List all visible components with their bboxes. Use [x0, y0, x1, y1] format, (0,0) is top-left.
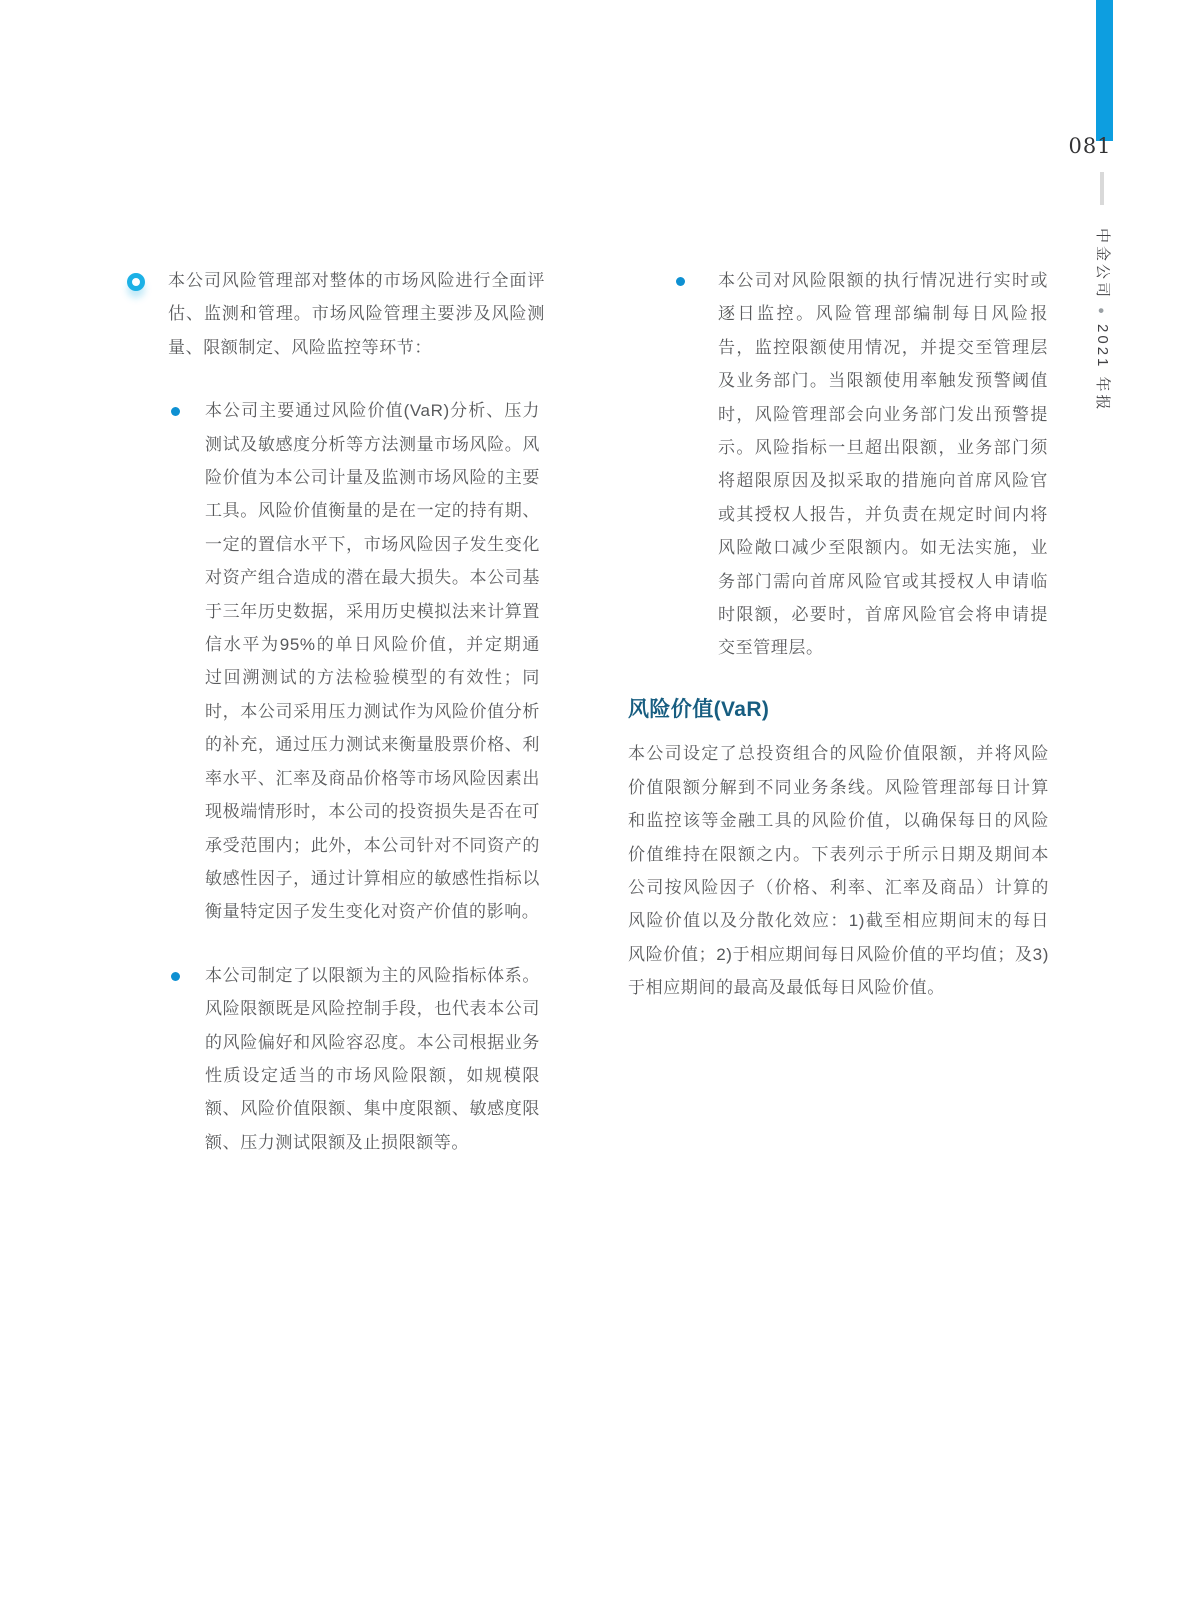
intro-paragraph: 本公司风险管理部对整体的市场风险进行全面评估、监测和管理。市场风险管理主要涉及风… — [168, 264, 545, 364]
sub-list: 本公司主要通过风险价值(VaR)分析、压力测试及敏感度分析等方法测量市场风险。风… — [127, 394, 547, 1159]
accent-bar — [1096, 0, 1113, 141]
dot-bullet-icon — [171, 972, 180, 981]
bullet-paragraph: 本公司主要通过风险价值(VaR)分析、压力测试及敏感度分析等方法测量市场风险。风… — [205, 394, 540, 929]
bullet-paragraph: 本公司制定了以限额为主的风险指标体系。风险限额既是风险控制手段，也代表本公司的风… — [205, 959, 540, 1159]
sidebar-edition: 2021 年报 — [1094, 324, 1111, 413]
page-number: 081 — [1058, 134, 1122, 158]
right-column: 本公司对风险限额的执行情况进行实时或逐日监控。风险管理部编制每日风险报告，监控限… — [628, 264, 1049, 1005]
list-item: 本公司对风险限额的执行情况进行实时或逐日监控。风险管理部编制每日风险报告，监控限… — [676, 264, 1049, 665]
bullet-paragraph: 本公司对风险限额的执行情况进行实时或逐日监控。风险管理部编制每日风险报告，监控限… — [718, 264, 1048, 665]
var-paragraph: 本公司设定了总投资组合的风险价值限额，并将风险价值限额分解到不同业务条线。风险管… — [628, 737, 1049, 1004]
sidebar-caption: 中金公司 ● 2021 年报 — [1093, 228, 1114, 413]
list-item: 本公司制定了以限额为主的风险指标体系。风险限额既是风险控制手段，也代表本公司的风… — [171, 959, 547, 1159]
ring-bullet-icon — [127, 273, 145, 291]
page-number-tick — [1100, 172, 1104, 205]
left-column: 本公司风险管理部对整体的市场风险进行全面评估、监测和管理。市场风险管理主要涉及风… — [127, 264, 547, 1159]
section-heading-var: 风险价值(VaR) — [628, 693, 1049, 726]
sidebar-company: 中金公司 — [1094, 228, 1111, 300]
dot-bullet-icon — [676, 277, 685, 286]
sidebar-separator-dot: ● — [1095, 307, 1107, 317]
list-item: 本公司主要通过风险价值(VaR)分析、压力测试及敏感度分析等方法测量市场风险。风… — [171, 394, 547, 929]
report-page: 081 中金公司 ● 2021 年报 本公司风险管理部对整体的市场风险进行全面评… — [0, 0, 1190, 1615]
dot-bullet-icon — [171, 407, 180, 416]
list-item: 本公司风险管理部对整体的市场风险进行全面评估、监测和管理。市场风险管理主要涉及风… — [127, 264, 547, 364]
